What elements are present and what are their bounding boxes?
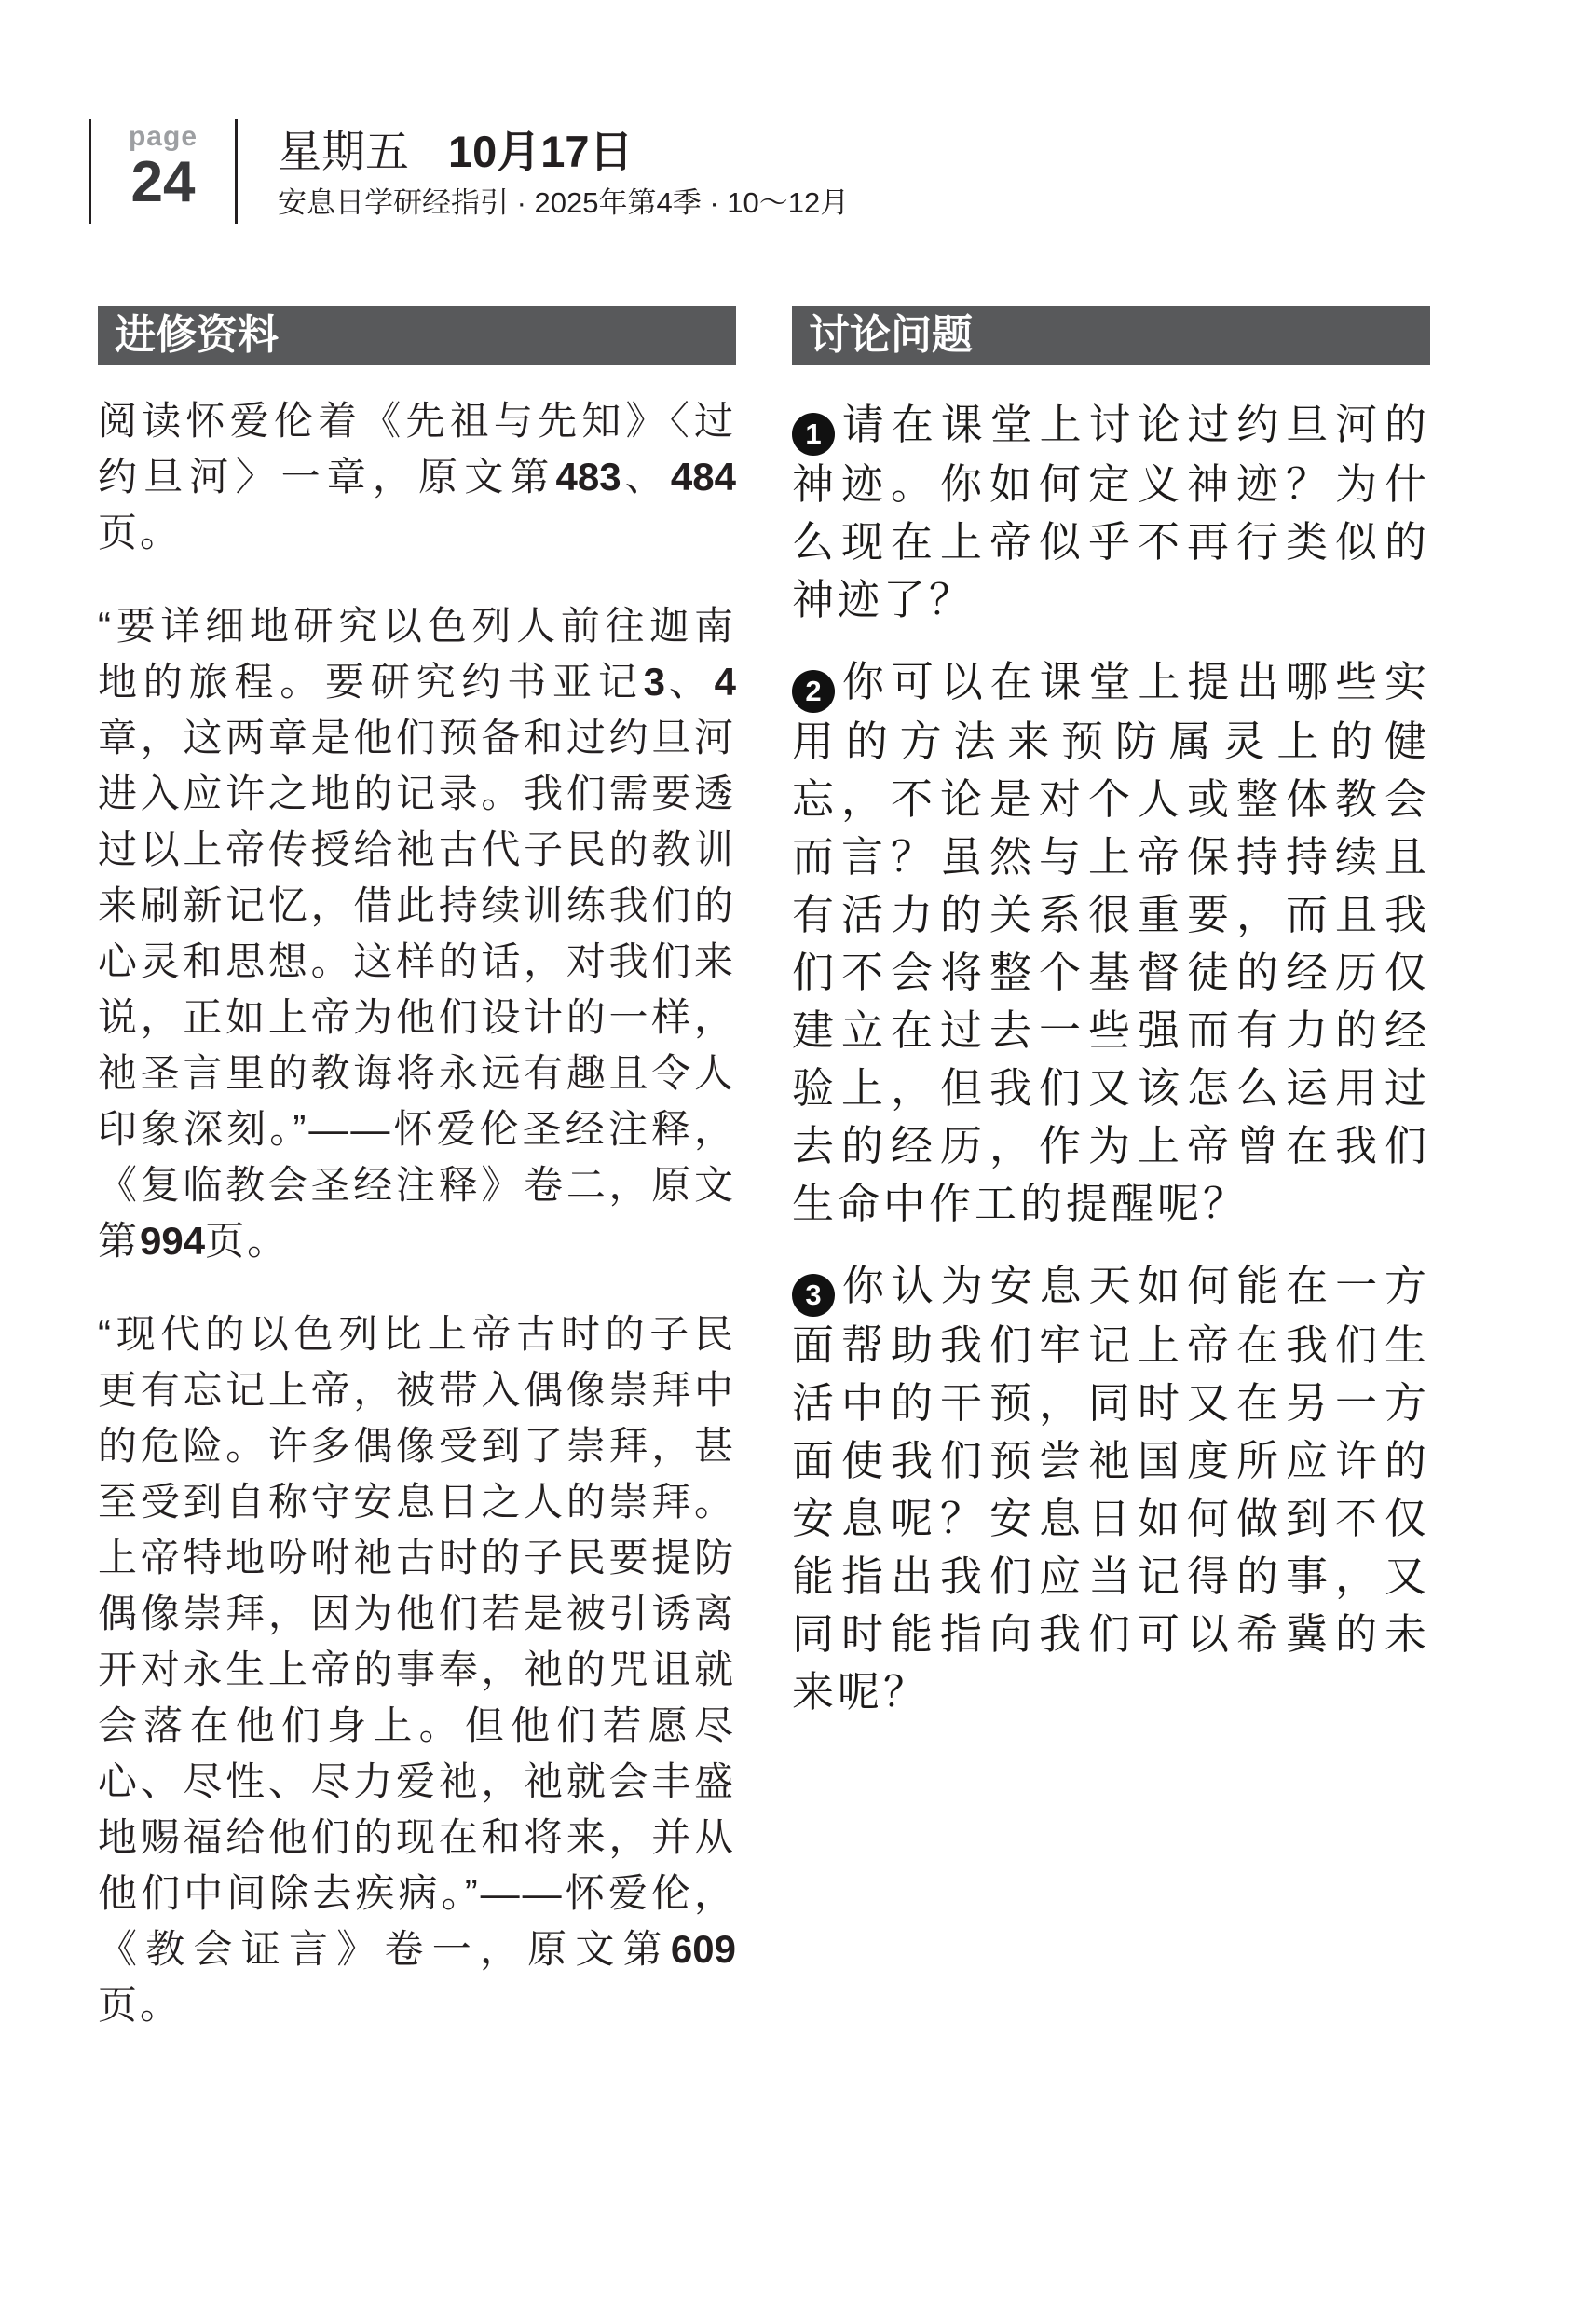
question-text: 你可以在课堂上提出哪些实用的方法来预防属灵上的健忘，不论是对个人或整体教会而言？… bbox=[792, 659, 1430, 1227]
day-title: 星期五10月17日 bbox=[278, 129, 849, 175]
page-number: 24 bbox=[102, 152, 224, 213]
further-study-heading: 进修资料 bbox=[98, 306, 736, 365]
page-number-block: page 24 bbox=[102, 122, 224, 213]
weekday-label: 星期五 bbox=[278, 127, 409, 176]
question-number-badge: 3 bbox=[792, 1274, 835, 1317]
lesson-page: page 24 星期五10月17日 安息日学研经指引 · 2025年第4季 · … bbox=[0, 0, 1596, 2311]
question-item: 3你认为安息天如何能在一方面帮助我们牢记上帝在我们生活中的干预，同时又在另一方面… bbox=[792, 1257, 1430, 1721]
paragraph-text: 页。 bbox=[205, 1219, 289, 1263]
page-reference-number: 483 bbox=[556, 455, 621, 499]
discussion-questions-column: 讨论问题 1请在课堂上讨论过约旦河的神迹。你如何定义神迹？为什么现在上帝似乎不再… bbox=[792, 306, 1430, 1745]
paragraph-text: “要详细地研究以色列人前往迦南地的旅程。要研究约书亚记 bbox=[98, 604, 736, 704]
question-number-badge: 1 bbox=[792, 413, 835, 456]
study-paragraph: “现代的以色列比上帝古时的子民更有忘记上帝，被带入偶像崇拜中的危险。许多偶像受到… bbox=[98, 1306, 736, 2033]
edition-subtitle: 安息日学研经指引 · 2025年第4季 · 10～12月 bbox=[278, 187, 849, 219]
question-item: 2你可以在课堂上提出哪些实用的方法来预防属灵上的健忘，不论是对个人或整体教会而言… bbox=[792, 653, 1430, 1233]
question-text: 你认为安息天如何能在一方面帮助我们牢记上帝在我们生活中的干预，同时又在另一方面使… bbox=[792, 1263, 1430, 1716]
page-label: page bbox=[102, 122, 224, 152]
paragraph-text: 、 bbox=[665, 660, 715, 704]
header-divider-line-right bbox=[235, 119, 238, 224]
date-label: 10月17日 bbox=[448, 127, 634, 176]
paragraph-text: 页。 bbox=[98, 1983, 182, 2027]
page-reference-number: 609 bbox=[671, 1927, 736, 1971]
paragraph-text: 页。 bbox=[98, 511, 182, 554]
question-list: 1请在课堂上讨论过约旦河的神迹。你如何定义神迹？为什么现在上帝似乎不再行类似的神… bbox=[792, 396, 1430, 1721]
question-number-badge: 2 bbox=[792, 670, 835, 713]
header-title-block: 星期五10月17日 安息日学研经指引 · 2025年第4季 · 10～12月 bbox=[278, 129, 849, 219]
study-paragraph: 阅读怀爱伦着《先祖与先知》〈过约旦河〉一章，原文第483、484页。 bbox=[98, 393, 736, 561]
page-reference-number: 994 bbox=[140, 1219, 205, 1263]
paragraph-text: 章，这两章是他们预备和过约旦河进入应许之地的记录。我们需要透过以上帝传授给祂古代… bbox=[98, 716, 736, 1263]
discussion-questions-heading: 讨论问题 bbox=[792, 306, 1430, 365]
question-item: 1请在课堂上讨论过约旦河的神迹。你如何定义神迹？为什么现在上帝似乎不再行类似的神… bbox=[792, 396, 1430, 629]
header-divider-line-left bbox=[89, 119, 91, 224]
question-text: 请在课堂上讨论过约旦河的神迹。你如何定义神迹？为什么现在上帝似乎不再行类似的神迹… bbox=[792, 402, 1430, 623]
further-study-column: 进修资料 阅读怀爱伦着《先祖与先知》〈过约旦河〉一章，原文第483、484页。“… bbox=[98, 306, 736, 2071]
study-paragraphs: 阅读怀爱伦着《先祖与先知》〈过约旦河〉一章，原文第483、484页。“要详细地研… bbox=[98, 393, 736, 2033]
page-reference-number: 484 bbox=[671, 455, 736, 499]
paragraph-text: 、 bbox=[621, 455, 671, 499]
page-reference-number: 4 bbox=[715, 660, 736, 704]
page-reference-number: 3 bbox=[644, 660, 665, 704]
study-paragraph: “要详细地研究以色列人前往迦南地的旅程。要研究约书亚记3、4章，这两章是他们预备… bbox=[98, 598, 736, 1269]
paragraph-text: “现代的以色列比上帝古时的子民更有忘记上帝，被带入偶像崇拜中的危险。许多偶像受到… bbox=[98, 1312, 736, 1971]
